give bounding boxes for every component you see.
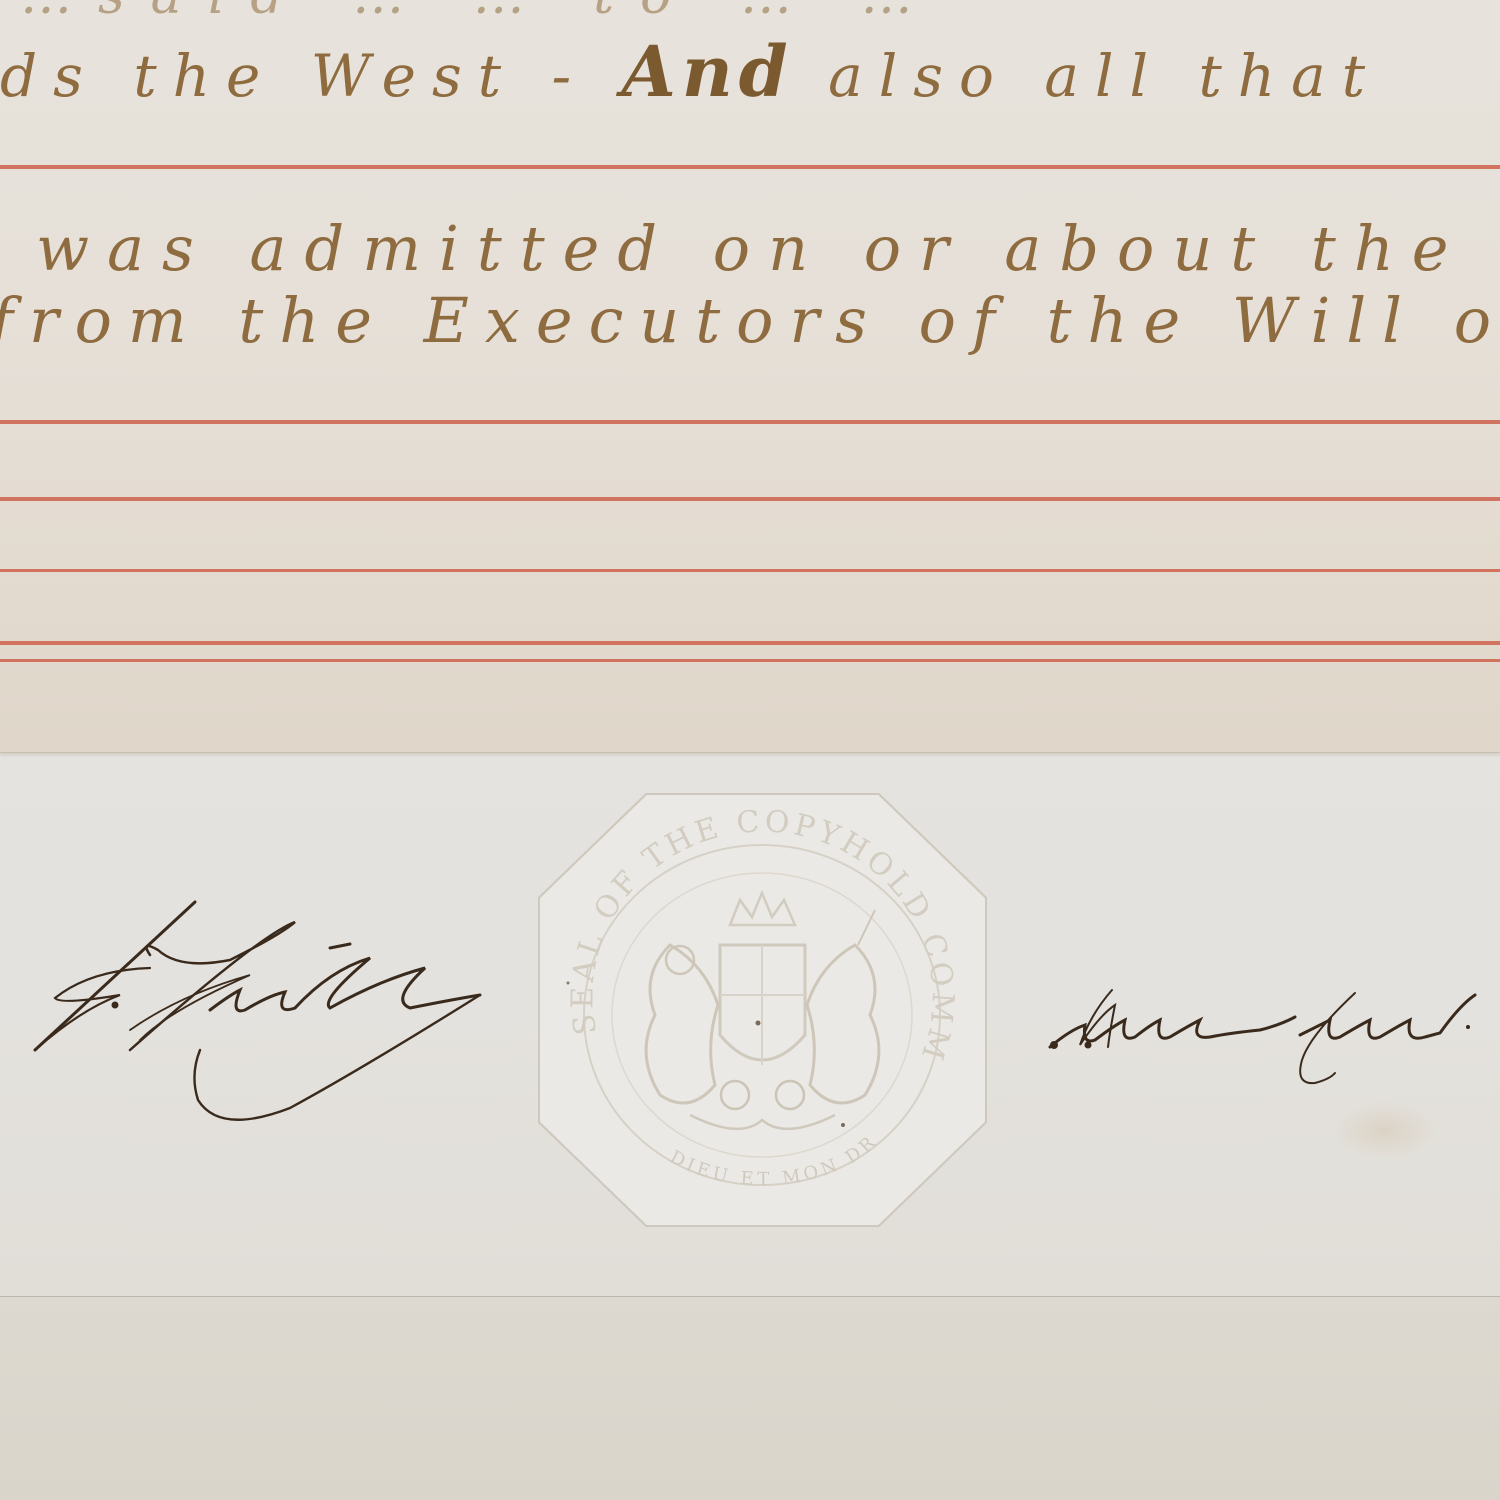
red-rule-4 — [0, 569, 1500, 572]
red-rule-2 — [0, 420, 1500, 424]
signature-right: James Caird — [1040, 985, 1480, 1105]
upper-sheet: …said … … to … … ds the West - And also … — [0, 0, 1500, 753]
embossed-seal: SEAL OF THE COPYHOLD COMMISSIONERS DIEU … — [540, 795, 985, 1225]
paper-stain — [1330, 1100, 1440, 1160]
coat-of-arms-icon: SEAL OF THE COPYHOLD COMMISSIONERS DIEU … — [540, 795, 985, 1225]
line-1-suffix: also all that — [828, 42, 1381, 110]
script-line-3: from the Executors of the Will of — [0, 284, 1500, 357]
line-1-emphasis: And — [622, 30, 794, 113]
red-rule-5b — [0, 659, 1500, 662]
red-rule-5a — [0, 641, 1500, 645]
faint-top-line: …said … … to … … — [20, 0, 938, 26]
script-line-1: ds the West - And also all that — [0, 30, 1381, 113]
line-1-prefix: ds the West - — [0, 42, 587, 110]
signature-left: G. Ridley — [30, 880, 510, 1140]
mount-board — [0, 1296, 1500, 1500]
red-rule-1 — [0, 165, 1500, 169]
script-line-2: was admitted on or about the th — [36, 212, 1500, 285]
red-rule-3 — [0, 497, 1500, 501]
